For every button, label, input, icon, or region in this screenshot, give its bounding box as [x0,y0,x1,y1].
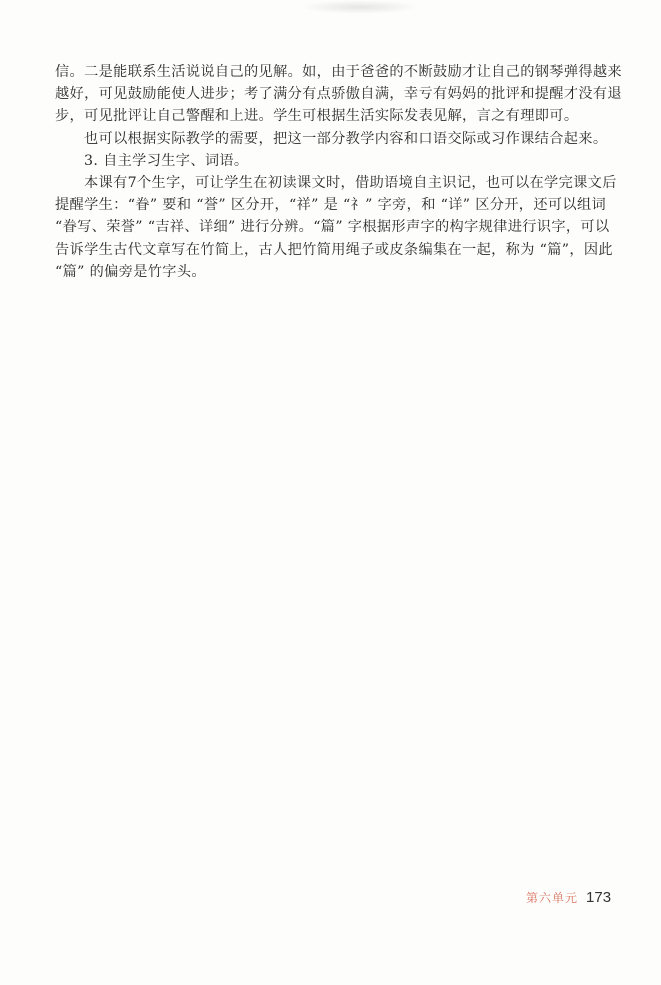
scan-smudge [300,0,420,14]
text-line-10: “篇” 的偏旁是竹字头。 [55,261,603,283]
page-footer: 第六单元 173 [526,889,611,906]
text-line-4: 也可以根据实际教学的需要，把这一部分教学内容和口语交际或习作课结合起来。 [55,128,603,150]
text-line-6: 本课有7个生字，可让学生在初读课文时，借助语境自主识记，也可以在学完课文后 [55,172,603,194]
text-line-7: 提醒学生：“眷” 要和 “誉” 区分开，“祥” 是 “礻” 字旁，和 “详” 区… [55,194,603,216]
unit-label: 第六单元 [526,889,578,906]
page-number: 173 [586,889,611,906]
text-line-9: 告诉学生古代文章写在竹简上，古人把竹简用绳子或皮条编集在一起，称为 “篇”，因此 [55,239,603,261]
text-line-1: 信。二是能联系生活说说自己的见解。如，由于爸爸的不断鼓励才让自己的钢琴弹得越来 [55,61,603,83]
body-text: 信。二是能联系生活说说自己的见解。如，由于爸爸的不断鼓励才让自己的钢琴弹得越来 … [55,61,603,283]
text-line-3: 步，可见批评让自己警醒和上进。学生可根据生活实际发表见解，言之有理即可。 [55,105,603,127]
text-line-8: “眷写、荣誉” “吉祥、详细” 进行分辨。“篇” 字根据形声字的构字规律进行识字… [55,216,603,238]
section-heading-3: 3. 自主学习生字、词语。 [55,150,603,172]
text-line-2: 越好，可见鼓励能使人进步；考了满分有点骄傲自满，幸亏有妈妈的批评和提醒才没有退 [55,83,603,105]
